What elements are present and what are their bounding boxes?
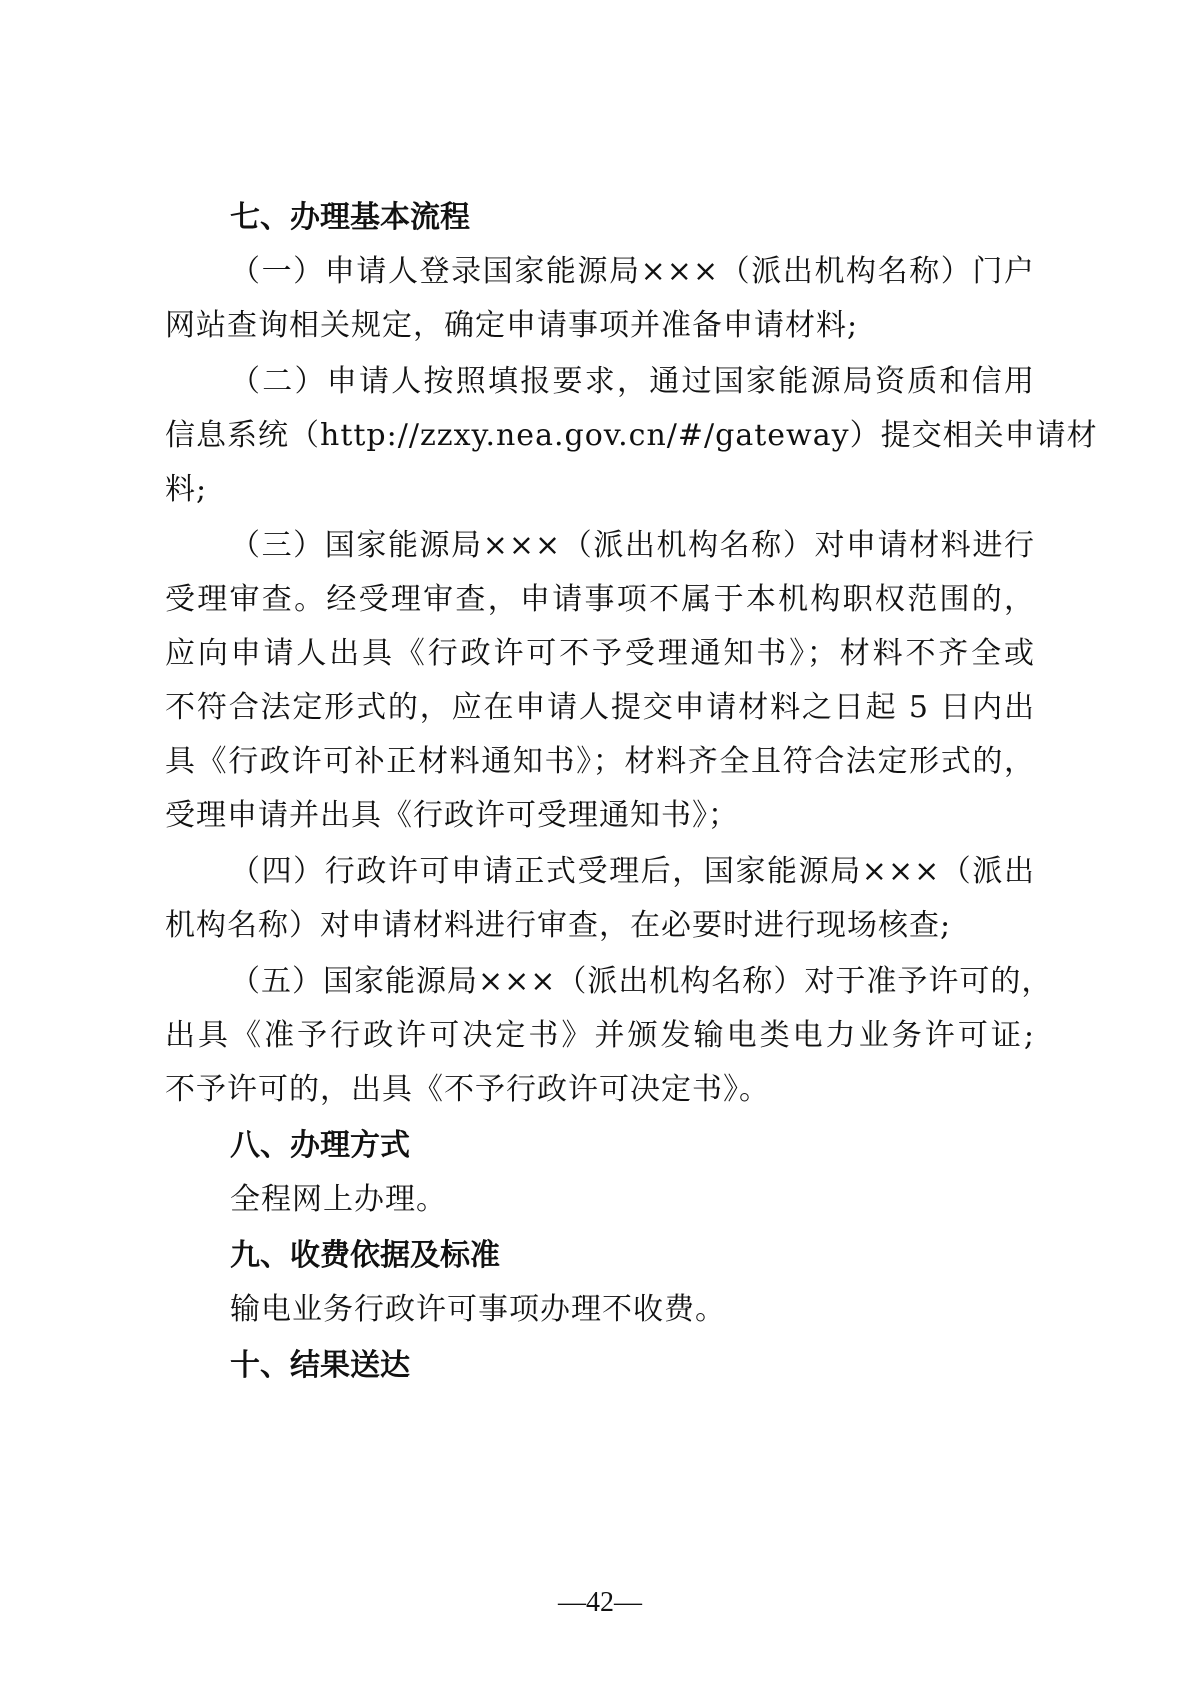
- section-heading-10: 十、结果送达: [230, 1346, 410, 1386]
- paragraph-line: （二）申请人按照填报要求，通过国家能源局资质和信用: [230, 362, 1035, 402]
- paragraph-line: 信息系统（http://zzxy.nea.gov.cn/#/gateway）提交…: [165, 416, 1035, 456]
- paragraph-line: （四）行政许可申请正式受理后，国家能源局×××（派出: [230, 852, 1035, 892]
- paragraph-line: （一）申请人登录国家能源局×××（派出机构名称）门户: [230, 252, 1035, 292]
- paragraph-line: 输电业务行政许可事项办理不收费。: [230, 1290, 1035, 1330]
- paragraph-line: 网站查询相关规定，确定申请事项并准备申请材料;: [165, 306, 1035, 346]
- paragraph-line: 不予许可的，出具《不予行政许可决定书》。: [165, 1070, 1035, 1110]
- paragraph-line: （五）国家能源局×××（派出机构名称）对于准予许可的，: [230, 962, 1035, 1002]
- paragraph-line: 料;: [165, 470, 1035, 510]
- paragraph-line: 受理申请并出具《行政许可受理通知书》；: [165, 796, 1035, 836]
- paragraph-line: 不符合法定形式的，应在申请人提交申请材料之日起 5 日内出: [165, 688, 1035, 728]
- page-number: —42—: [0, 1586, 1200, 1620]
- paragraph-line: 应向申请人出具《行政许可不予受理通知书》；材料不齐全或: [165, 634, 1035, 674]
- section-heading-7: 七、办理基本流程: [230, 198, 470, 238]
- paragraph-line: 具《行政许可补正材料通知书》；材料齐全且符合法定形式的，: [165, 742, 1035, 782]
- paragraph-line: （三）国家能源局×××（派出机构名称）对申请材料进行: [230, 526, 1035, 566]
- paragraph-line: 受理审查。经受理审查，申请事项不属于本机构职权范围的，: [165, 580, 1035, 620]
- section-heading-8: 八、办理方式: [230, 1126, 410, 1166]
- paragraph-line: 机构名称）对申请材料进行审查，在必要时进行现场核查;: [165, 906, 1035, 946]
- document-page: 七、办理基本流程 （一）申请人登录国家能源局×××（派出机构名称）门户 网站查询…: [0, 0, 1200, 1696]
- paragraph-line: 全程网上办理。: [230, 1180, 1035, 1220]
- paragraph-line: 出具《准予行政许可决定书》并颁发输电类电力业务许可证;: [165, 1016, 1035, 1056]
- section-heading-9: 九、收费依据及标准: [230, 1236, 500, 1276]
